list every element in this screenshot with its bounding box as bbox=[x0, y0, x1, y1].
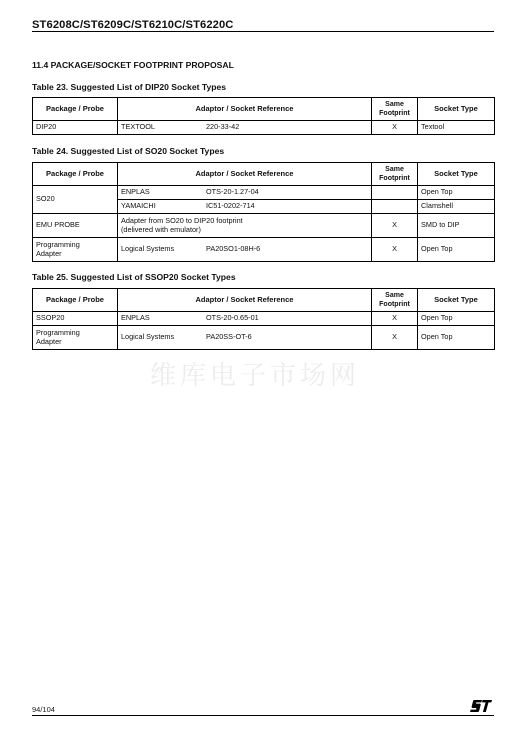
table-header-row: Package / Probe Adaptor / Socket Referen… bbox=[33, 289, 495, 312]
table25-caption: Table 25. Suggested List of SSOP20 Socke… bbox=[32, 272, 236, 282]
table24-caption: Table 24. Suggested List of SO20 Socket … bbox=[32, 146, 224, 156]
table-header-row: Package / Probe Adaptor / Socket Referen… bbox=[33, 98, 495, 121]
cell-package: ProgrammingAdapter bbox=[33, 238, 118, 262]
table-row: EMU PROBE Adapter from SO20 to DIP20 foo… bbox=[33, 214, 495, 238]
cell-socket-type: SMD to DIP bbox=[418, 214, 495, 238]
table23: Package / Probe Adaptor / Socket Referen… bbox=[32, 97, 495, 135]
document-title: ST6208C/ST6209C/ST6210C/ST6220C bbox=[32, 19, 233, 31]
page-header: ST6208C/ST6209C/ST6210C/ST6220C bbox=[32, 15, 494, 32]
st-logo-icon bbox=[470, 700, 492, 712]
col-adaptor: Adaptor / Socket Reference bbox=[118, 163, 372, 186]
cell-adaptor: Logical SystemsPA20SO1-08H-6 bbox=[118, 238, 372, 262]
col-same-footprint: SameFootprint bbox=[372, 163, 418, 186]
cell-package: ProgrammingAdapter bbox=[33, 326, 118, 350]
col-socket-type: Socket Type bbox=[418, 289, 495, 312]
cell-package: SSOP20 bbox=[33, 312, 118, 326]
table24: Package / Probe Adaptor / Socket Referen… bbox=[32, 162, 495, 262]
cell-package: EMU PROBE bbox=[33, 214, 118, 238]
cell-package: SO20 bbox=[33, 186, 118, 214]
cell-same-footprint: X bbox=[372, 326, 418, 350]
col-socket-type: Socket Type bbox=[418, 163, 495, 186]
table-row: SSOP20 ENPLASOTS-20-0.65-01 X Open Top bbox=[33, 312, 495, 326]
table-header-row: Package / Probe Adaptor / Socket Referen… bbox=[33, 163, 495, 186]
cell-socket-type: Open Top bbox=[418, 186, 495, 200]
cell-adaptor: Adapter from SO20 to DIP20 footprint(del… bbox=[118, 214, 372, 238]
cell-socket-type: Textool bbox=[418, 121, 495, 135]
cell-same-footprint bbox=[372, 186, 418, 200]
cell-adaptor: YAMAICHIIC51-0202-714 bbox=[118, 200, 372, 214]
col-socket-type: Socket Type bbox=[418, 98, 495, 121]
col-adaptor: Adaptor / Socket Reference bbox=[118, 98, 372, 121]
col-package: Package / Probe bbox=[33, 98, 118, 121]
cell-adaptor: ENPLASOTS-20-0.65-01 bbox=[118, 312, 372, 326]
page-number: 94/104 bbox=[32, 705, 55, 714]
section-title: 11.4 PACKAGE/SOCKET FOOTPRINT PROPOSAL bbox=[32, 60, 234, 70]
cell-adaptor: ENPLASOTS-20-1.27-04 bbox=[118, 186, 372, 200]
col-package: Package / Probe bbox=[33, 289, 118, 312]
cell-socket-type: Clamshell bbox=[418, 200, 495, 214]
cell-same-footprint: X bbox=[372, 121, 418, 135]
cell-socket-type: Open Top bbox=[418, 312, 495, 326]
cell-same-footprint: X bbox=[372, 214, 418, 238]
page-footer: 94/104 bbox=[32, 700, 494, 716]
cell-socket-type: Open Top bbox=[418, 326, 495, 350]
table25: Package / Probe Adaptor / Socket Referen… bbox=[32, 288, 495, 350]
table-row: ProgrammingAdapter Logical SystemsPA20SO… bbox=[33, 238, 495, 262]
col-same-footprint: SameFootprint bbox=[372, 289, 418, 312]
cell-package: DIP20 bbox=[33, 121, 118, 135]
cell-same-footprint: X bbox=[372, 238, 418, 262]
table-row: ProgrammingAdapter Logical SystemsPA20SS… bbox=[33, 326, 495, 350]
col-package: Package / Probe bbox=[33, 163, 118, 186]
watermark: 维库电子市场网 bbox=[150, 355, 360, 392]
table-row: DIP20 TEXTOOL220-33-42 X Textool bbox=[33, 121, 495, 135]
table23-caption: Table 23. Suggested List of DIP20 Socket… bbox=[32, 82, 226, 92]
table-row: SO20 ENPLASOTS-20-1.27-04 Open Top bbox=[33, 186, 495, 200]
col-same-footprint: SameFootprint bbox=[372, 98, 418, 121]
cell-adaptor: Logical SystemsPA20SS-OT-6 bbox=[118, 326, 372, 350]
cell-socket-type: Open Top bbox=[418, 238, 495, 262]
cell-same-footprint: X bbox=[372, 312, 418, 326]
cell-same-footprint bbox=[372, 200, 418, 214]
cell-adaptor: TEXTOOL220-33-42 bbox=[118, 121, 372, 135]
col-adaptor: Adaptor / Socket Reference bbox=[118, 289, 372, 312]
